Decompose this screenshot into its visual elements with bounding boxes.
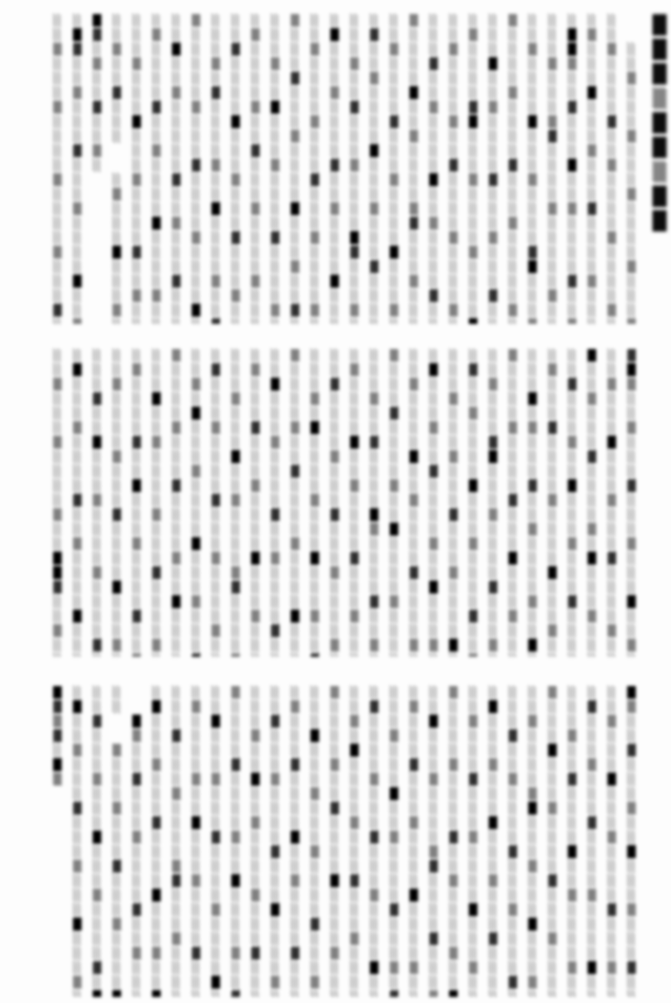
text-column: ░░▒░░░░█░░░▒░░░░▓█░░░▒░░░ [522,14,542,324]
text-column: ▒░░░░▓░░░░▒░░█░░░░▒░░▓░░░ [225,686,245,997]
text-column: ░░░▒░▓░░░░▒░░█░░░░▒░░▓░░░ [205,14,225,324]
text-column: ░░▒░░░░▓░░░▒░░░░█░░░▒░░░░ [384,14,404,324]
text-column: ░▓░░▒░░░░█░░░▒░░░▓░░░░▒░░ [364,14,384,324]
text-column: ▒░░░▓░░░░▒░░█░░░░▒░░░░▓░▒ [384,349,404,657]
text-column: ░░▒░░░░▓░░▒░░░░▒░░░░▒░░░░ [601,14,621,324]
text-column: ░░▓░░░░█░░░▒░░░▓░░░▒░░░░▒ [225,14,245,324]
text-column: ░▓░░░▒░░░░▓░░░▒░░░░▒░░░░▓ [205,349,225,657]
text-column: ░▒░░░▓░░░▒░░░░█░░░░▒░░░░▓ [403,686,423,997]
text-column: ░░▒░░░█░░░▒░░░▓░░░░▒░░▓░░ [601,349,621,657]
text-column: ░░▒░░░▓░░░▒░░░░█░░░▒░░░▓░ [463,686,483,997]
text-column: ░░█░░░▒░░░░▓░░▒░░░░▓░░░▒░ [265,349,285,657]
text-column: ▒░░░░█░░▒░░░░▒▓░░░▒░░░░▓░ [403,14,423,324]
text-column: ░░▒░░░▒░░░░▒░░██▓░░▒░░░▒░ [47,349,67,657]
text-column: ▒░░░░░▒░░░▓░░░░▒░░░░█░░▒░ [186,14,206,324]
text-column: ░░▒░█░░░▒░░░░█░░░▒░░░▓░░░ [186,349,206,657]
text-column: ░█░░▒░░░▓░░░▒░░░█░░░▒░░█░ [67,686,87,997]
text-column: ░▒░░░▓░░░░▒░░░░█░░░▒░░░▓░ [542,349,562,657]
text-block-top: ░░▒░░░▒░░░▒░░░░▒░░░▒░░▒░░▒░░░░▓░░▒░░░░▒░… [45,14,641,324]
text-column: ░░▒░░░▓█░░░▒░░░░▓░░░▒░░░█ [483,349,503,657]
text-column: ░█░░░▒░░░▓░░░░█░░░▒░░█░░▒ [146,686,166,997]
text-column: ░░▒░░░▒░░░░▒░░░░▒░░░▓░░█░ [47,14,67,324]
text-column: ░▒░░░▓░░░░█░░▒░░░░▓░░░▒░░ [285,686,305,997]
text-column: ░░░▒░░█░░▒░░░░▒░░░▓░░░░▒░ [245,686,265,997]
text-column: ░▒░░░░▒░░▓░░░▒░░░░▒░░░░▓░ [245,14,265,324]
text-column: ▒░░░▓░░░▒░░░░█░░░▒░░▓░░░▒ [285,14,305,324]
text-column: ░░░▒░█░░░░▒░░░█░░░▒░░▓░░░ [304,349,324,657]
vertical-running-title: ███▒██▒██ [649,15,670,220]
text-column: ░░░▓░░░▒░░░░▒▓░░░▒░░░░▓░░ [166,686,186,997]
text-column: ▒░░░░▒░░░░▓░░▒░░░░▒░░█░░░ [443,686,463,997]
text-column: ░▒░░░▓░░░▒░░░░█░░░▒░░░░▒░ [245,349,265,657]
text-column: ░▓░░░░▒░░░▓░░░▒░░░░█░░▒░░ [364,686,384,997]
text-column: ░▒░░░░▓░░█░░░▒░░░░▓░░▒░░░ [126,349,146,657]
text-column: ░██▒░░▓░░░█░░▒░░░░▓░░▒░░░ [562,14,582,324]
text-column: █▓▒▓░█▒ [47,686,67,997]
text-column: ▓█▒░░▒░░░▓░░░▒░░░█░░▒░░░▒ [621,349,641,657]
text-block-bottom: █▒░░▓░░░▒░░█░░░▒░░░▓░░░▒░░░▒░░░█░░░▒░░░░… [45,686,641,997]
text-column: ░░▓░░░▒░░░░▓░░░█░░░░▒░░░░ [265,686,285,997]
text-column: ░▓░░░▒░░░▓░░░░▒░░░░█░░░▒░ [582,686,602,997]
text-column: ░░░▒░░▓░░░░█░░▒░░░░▒░░░▓░ [562,686,582,997]
text-column: ░░░█░░░▒░░░▒░░░░▓░░░▒░░░▒ [304,686,324,997]
text-column: ░█░░░▒░░░░▓░░▒░░░░█░░░░▒░ [67,349,87,657]
text-column: ░░░▒░░▓░░░░█▒░░░░▓░░▒░░░░ [364,349,384,657]
text-column: ░▒░░░░▓░░▒░░░░█░░░░▒░░░▓░ [146,14,166,324]
text-column: █▒░░▓░░░▒░░█░░░▒░░░▓░░░▒░ [621,686,641,997]
text-column: ░░░▒░░▓░░░▒░░░░█▓░░░▒░░░▒ [344,14,364,324]
scanned-book-page: ███▒██▒██ ░░▒░░░▒░░░▒░░░░▒░░░▒░░▒░░▒░░░░… [0,0,671,1003]
text-column: ░░▒░░░▒░░░▒░░░░▒░░░▒░░▒ [621,14,641,324]
text-column: ░░░▒░░░█░░░▒░░░░▓░░▒░░░░░ [126,14,146,324]
text-column: ▒░░░░▒░░▓░░░░▒░░░░█░░░▒░░ [285,349,305,657]
text-column: ░░░▒░░░▒▓░░░░▒░░░░░▒░░▓░░ [542,14,562,324]
text-column: ░░░█░▒░░░▓░░▒░░░░▒░░█░░░░ [522,349,542,657]
text-column: ░░░▒░░░█░░▒░░░░▒▓░░░░▒░█░ [225,349,245,657]
text-column: ░▒░░░░▒░░█░░░▒░░░░▓░░░░▒░ [186,686,206,997]
text-column: ░░▒░░░░▒░░▓░░░░▒░░░░▒░░░░ [443,14,463,324]
text-column: ░▓░░▒░░░░█░░░▒░░░░▓░░▒░░░ [463,349,483,657]
text-column: ░░▒░░▓░░░ ░▒░░░█░░░▒░░▓░ [106,14,126,324]
text-column: █░░▒░░░▓░░░░▒░█░░░▒░░░░▒░ [582,349,602,657]
text-column: ░░░▓░░▒░░░░█░░▒░░░░▓░░░▒░ [423,14,443,324]
text-column: ░░▓░░░▒░░█░░░▒░░░▓░░░░▒░░ [562,349,582,657]
text-column: ▒░░░░▒░░▓░░░░█░░░░▒░░░▓░░ [324,686,344,997]
text-column: ░░▒░░░░▒█░░░▒░░░█░░░▒░░░░ [522,686,542,997]
text-column: ░░▓░░░▒░░░█░░░▒░░░░▓░█▓░░ [87,686,107,997]
text-column: ▒░░░░▒░░░░▓░░░▒░░░░░▒░░░▒ [502,14,522,324]
text-column: ░░▓░░░░▒░░░▓░░░▒░░░░▒░░░▓ [324,349,344,657]
text-column: ░░░▒░░█░░░▒░░░░▓░░░░▒░░█░ [265,14,285,324]
text-column: ░█░░░▒░░░█░░░▒░░░▓░░░░▒░░ [483,686,503,997]
text-column: ▒░░░█░░░▒░░░░▓░░░▒░░░░▒░░ [542,686,562,997]
text-column: ░░░█░░▒░░░░▒░░░▓░░░░▒░░▓░ [146,349,166,657]
text-column: ░▒░░░░█░░▒░░░░▓░░░▒░░░█░░ [344,349,364,657]
text-column: ░░█░░▒░░░░░▓░░▒░░░▓░░░░▒░ [166,14,186,324]
text-column: █▓░▒░░▓░░▒░ [87,14,107,324]
text-column: █▒░░▓░░░▒░░░░▓░░▒░░░░█░ [126,686,146,997]
text-column: ░░▒░░░░█░░▒░░░░▓░░░░▒░▓░░ [403,349,423,657]
text-column: ░░▒░█░░░░▒░░░▓░░░▒░░░░▒░░ [344,686,364,997]
text-column: ░░░▒░░░▒░░░▓░░░▒░░░░█░░▒░ [443,349,463,657]
text-column: ░░ ▒░░░▒░░░▓░░░▒░░░░█░░▒ [106,686,126,997]
text-column: ░░█░░░▒░░░░▒▓░░░░▓░░░▒░░▒ [423,686,443,997]
text-column: ▒░░░░▒░░░▓░░░░▒░░█░░░░▒░░ [166,349,186,657]
text-column: ░▒░░░░▓█░░░▒░░░░▒░░░░█░░▒ [463,14,483,324]
text-column: ░░▒░░░█░░░▒░░░░▓░░░▒░░█░░ [601,686,621,997]
text-column: ░░░▒░░░█░░▒░░░░▓░░░▒░▓░░░ [384,686,404,997]
text-column: ░░█░░░▒░░░▓░░░░▒░░░░█░░▒░ [205,686,225,997]
text-column: ░░░▓░░█░░░▒░░░░▒░░░░▓░░▒░ [87,349,107,657]
text-column: ░░░▓░░▒░░░░▓░░░▒░░░░▓░░▒░ [502,686,522,997]
text-column: ░░▒░░░░▒░░░▓░░░▒░░░░▒░░░░ [304,14,324,324]
text-column: ░█░░░▒░░▓░░░░▒░░█░░░▒░░░░ [423,349,443,657]
text-column: ░▒░░░█░░░▒░░░▓░░░░▒░░░░▒░ [582,14,602,324]
text-column: ░█▓░░▒░░░▓░░░▒░░░░█░░▒░░░ [67,14,87,324]
text-column: ▒░░░░▒░░░░▓░░░█░░░▒░░░▒░░ [502,349,522,657]
text-block-middle: ▓█▒░░▒░░░▓░░░▒░░░█░░▒░░░▒░░▒░░░█░░░▒░░░▓… [45,349,641,657]
text-column: ░█░░░▒░░░░▓░░▒░░░░█░░░▒░░ [324,14,344,324]
text-column: ░░▒░░░░▒░░░▓░░░░█░░░▒░░░▒ [106,349,126,657]
text-column: ░░░█░░▒░░░░▓░░░▒░░░▓░░▒░░ [483,14,503,324]
